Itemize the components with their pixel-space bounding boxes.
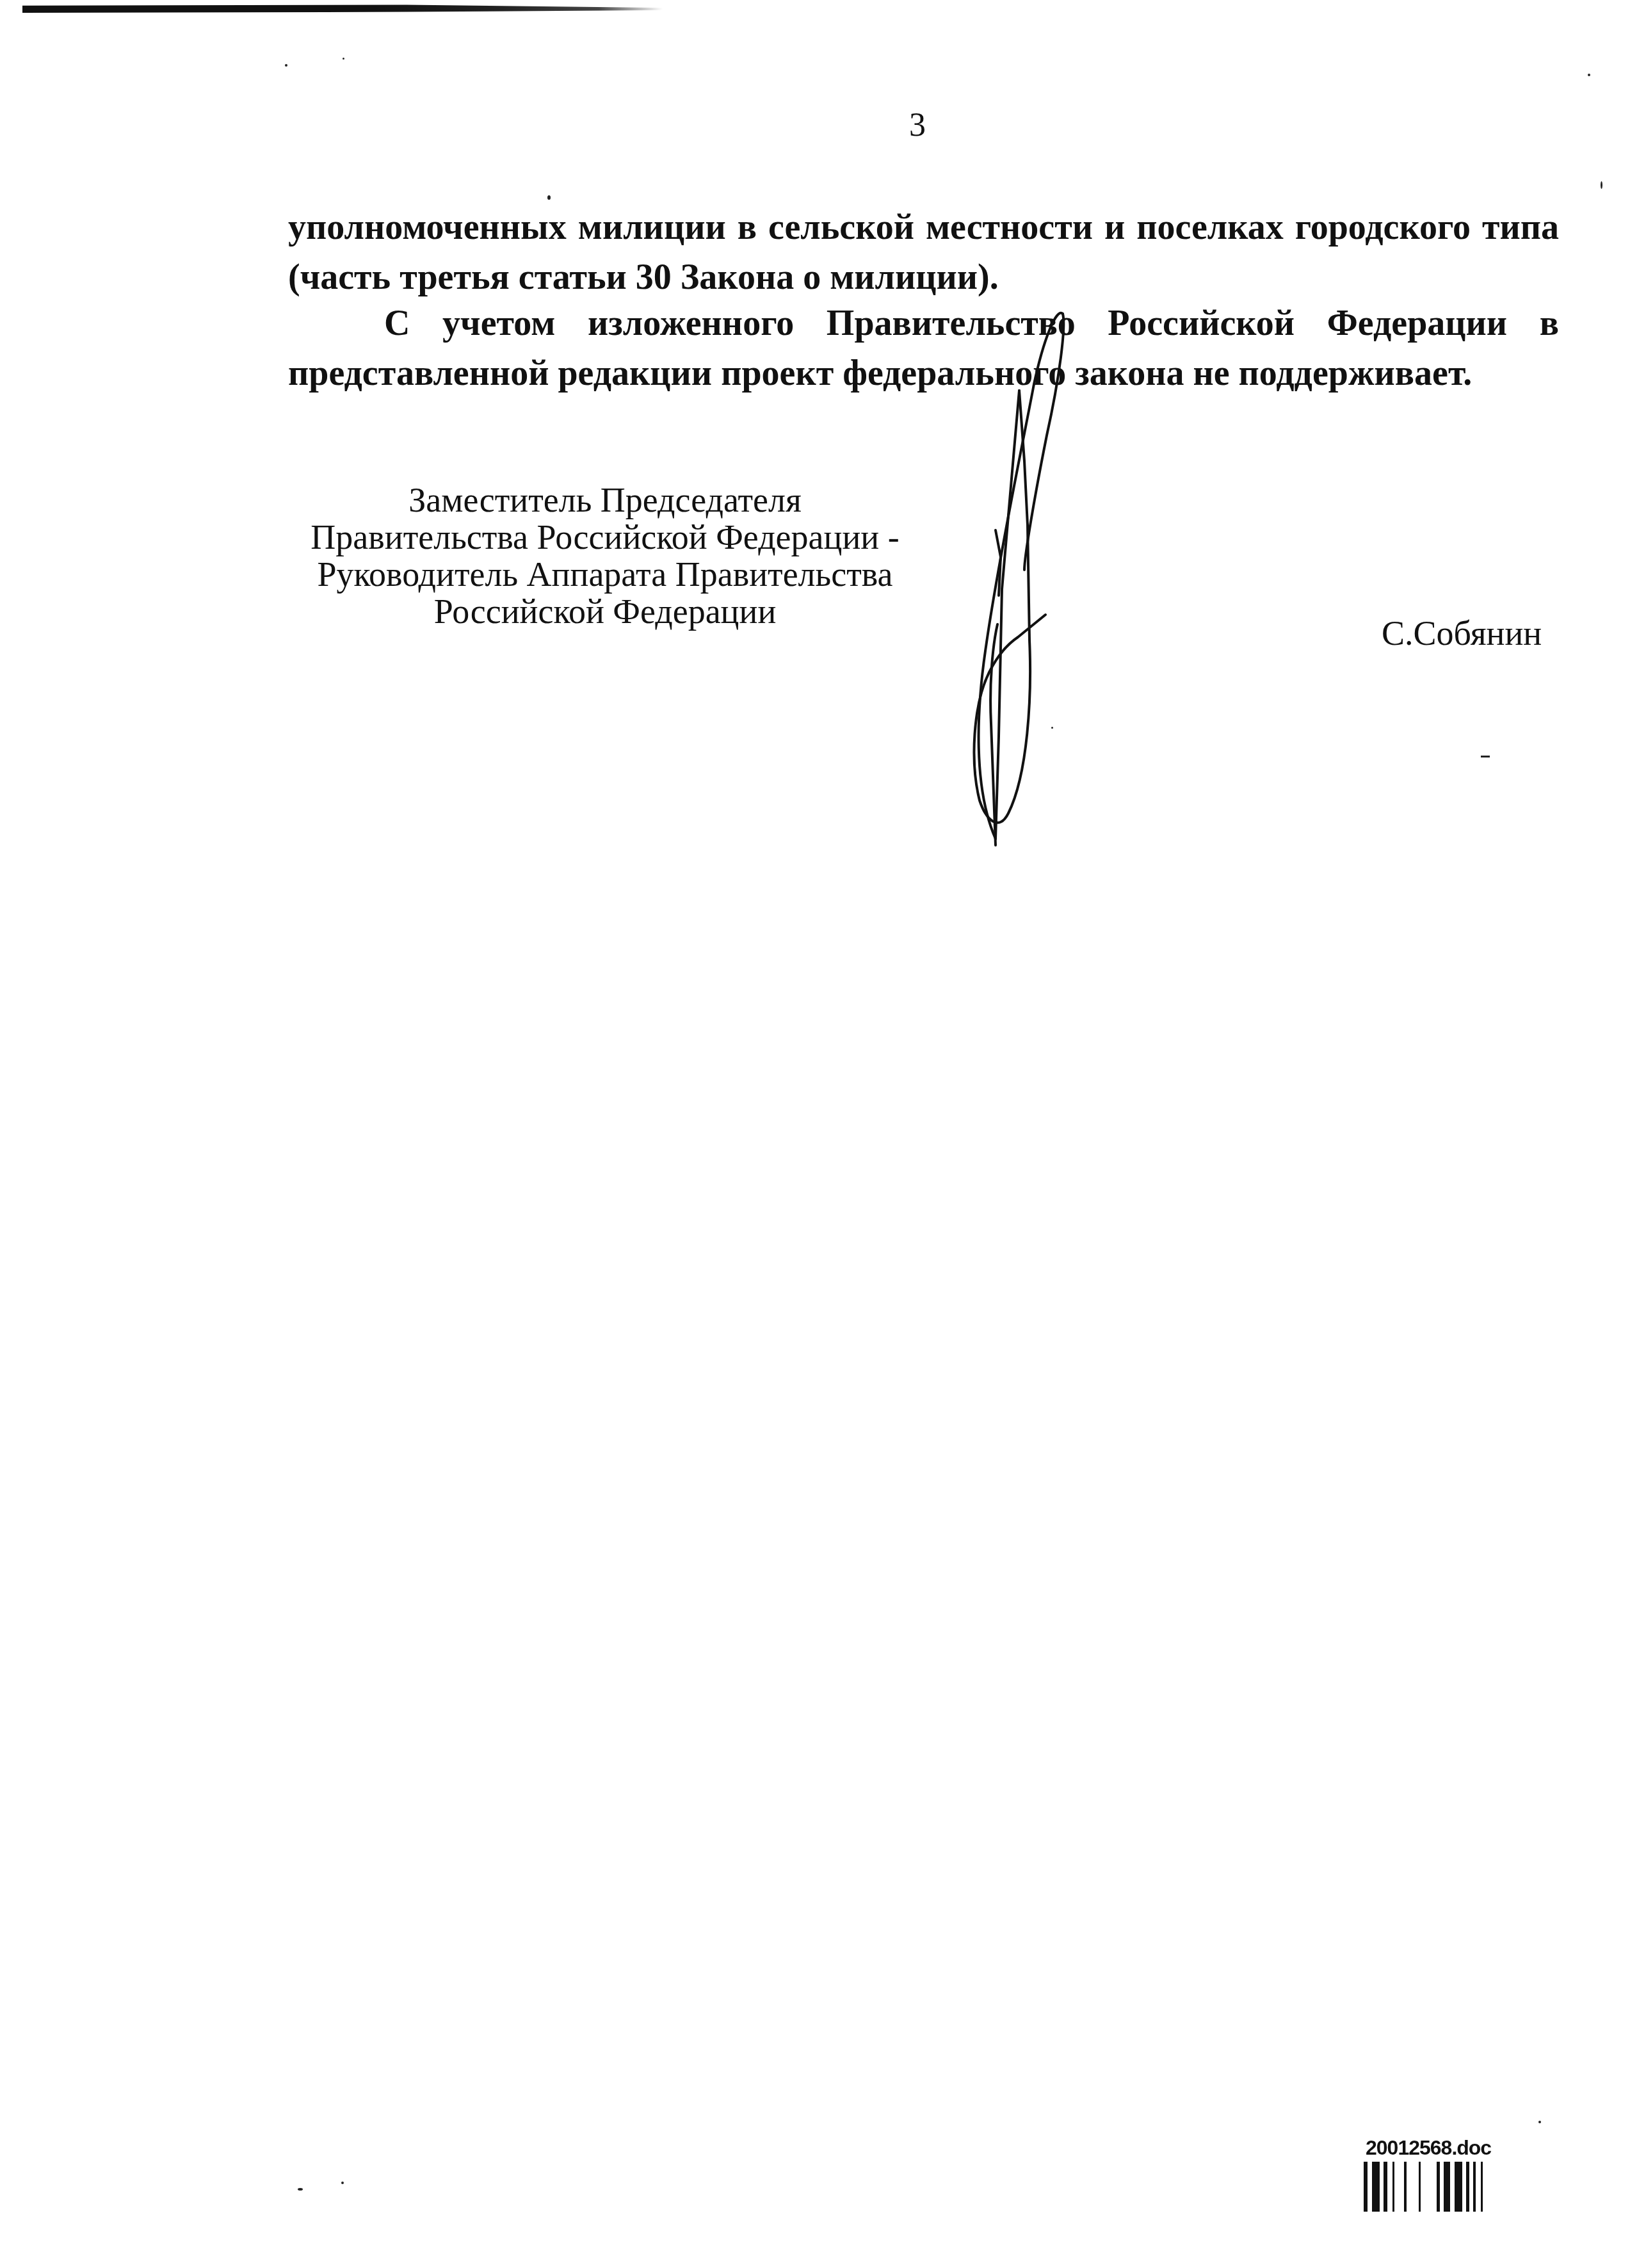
scan-speck <box>298 2188 303 2191</box>
paragraph-line: уполномоченных милиции в сельской местно… <box>288 202 1559 252</box>
scan-artifact-bar <box>22 4 663 13</box>
signatory-title-line: Заместитель Председателя <box>282 482 928 519</box>
signatory-title-line: Российской Федерации <box>282 593 928 630</box>
scan-speck <box>285 64 287 67</box>
scan-speck <box>341 2182 344 2184</box>
scan-speck <box>343 58 344 60</box>
scan-speck <box>1588 74 1590 76</box>
scan-speck <box>547 195 551 200</box>
signatory-title-line: Правительства Российской Федерации - <box>282 519 928 556</box>
scan-speck <box>1538 2121 1541 2123</box>
signatory-title: Заместитель Председателя Правительства Р… <box>282 482 928 630</box>
document-id: 20012568.doc <box>1366 2136 1491 2160</box>
page-number: 3 <box>909 109 926 142</box>
signatory-title-line: Руководитель Аппарата Правительства <box>282 556 928 593</box>
scan-speck <box>1051 727 1053 729</box>
scan-speck <box>1481 756 1490 757</box>
barcode-icon <box>1362 2162 1510 2212</box>
handwritten-signature-icon <box>960 288 1601 864</box>
scan-speck <box>1601 181 1602 189</box>
paragraph-1: уполномоченных милиции в сельской местно… <box>288 202 1559 302</box>
